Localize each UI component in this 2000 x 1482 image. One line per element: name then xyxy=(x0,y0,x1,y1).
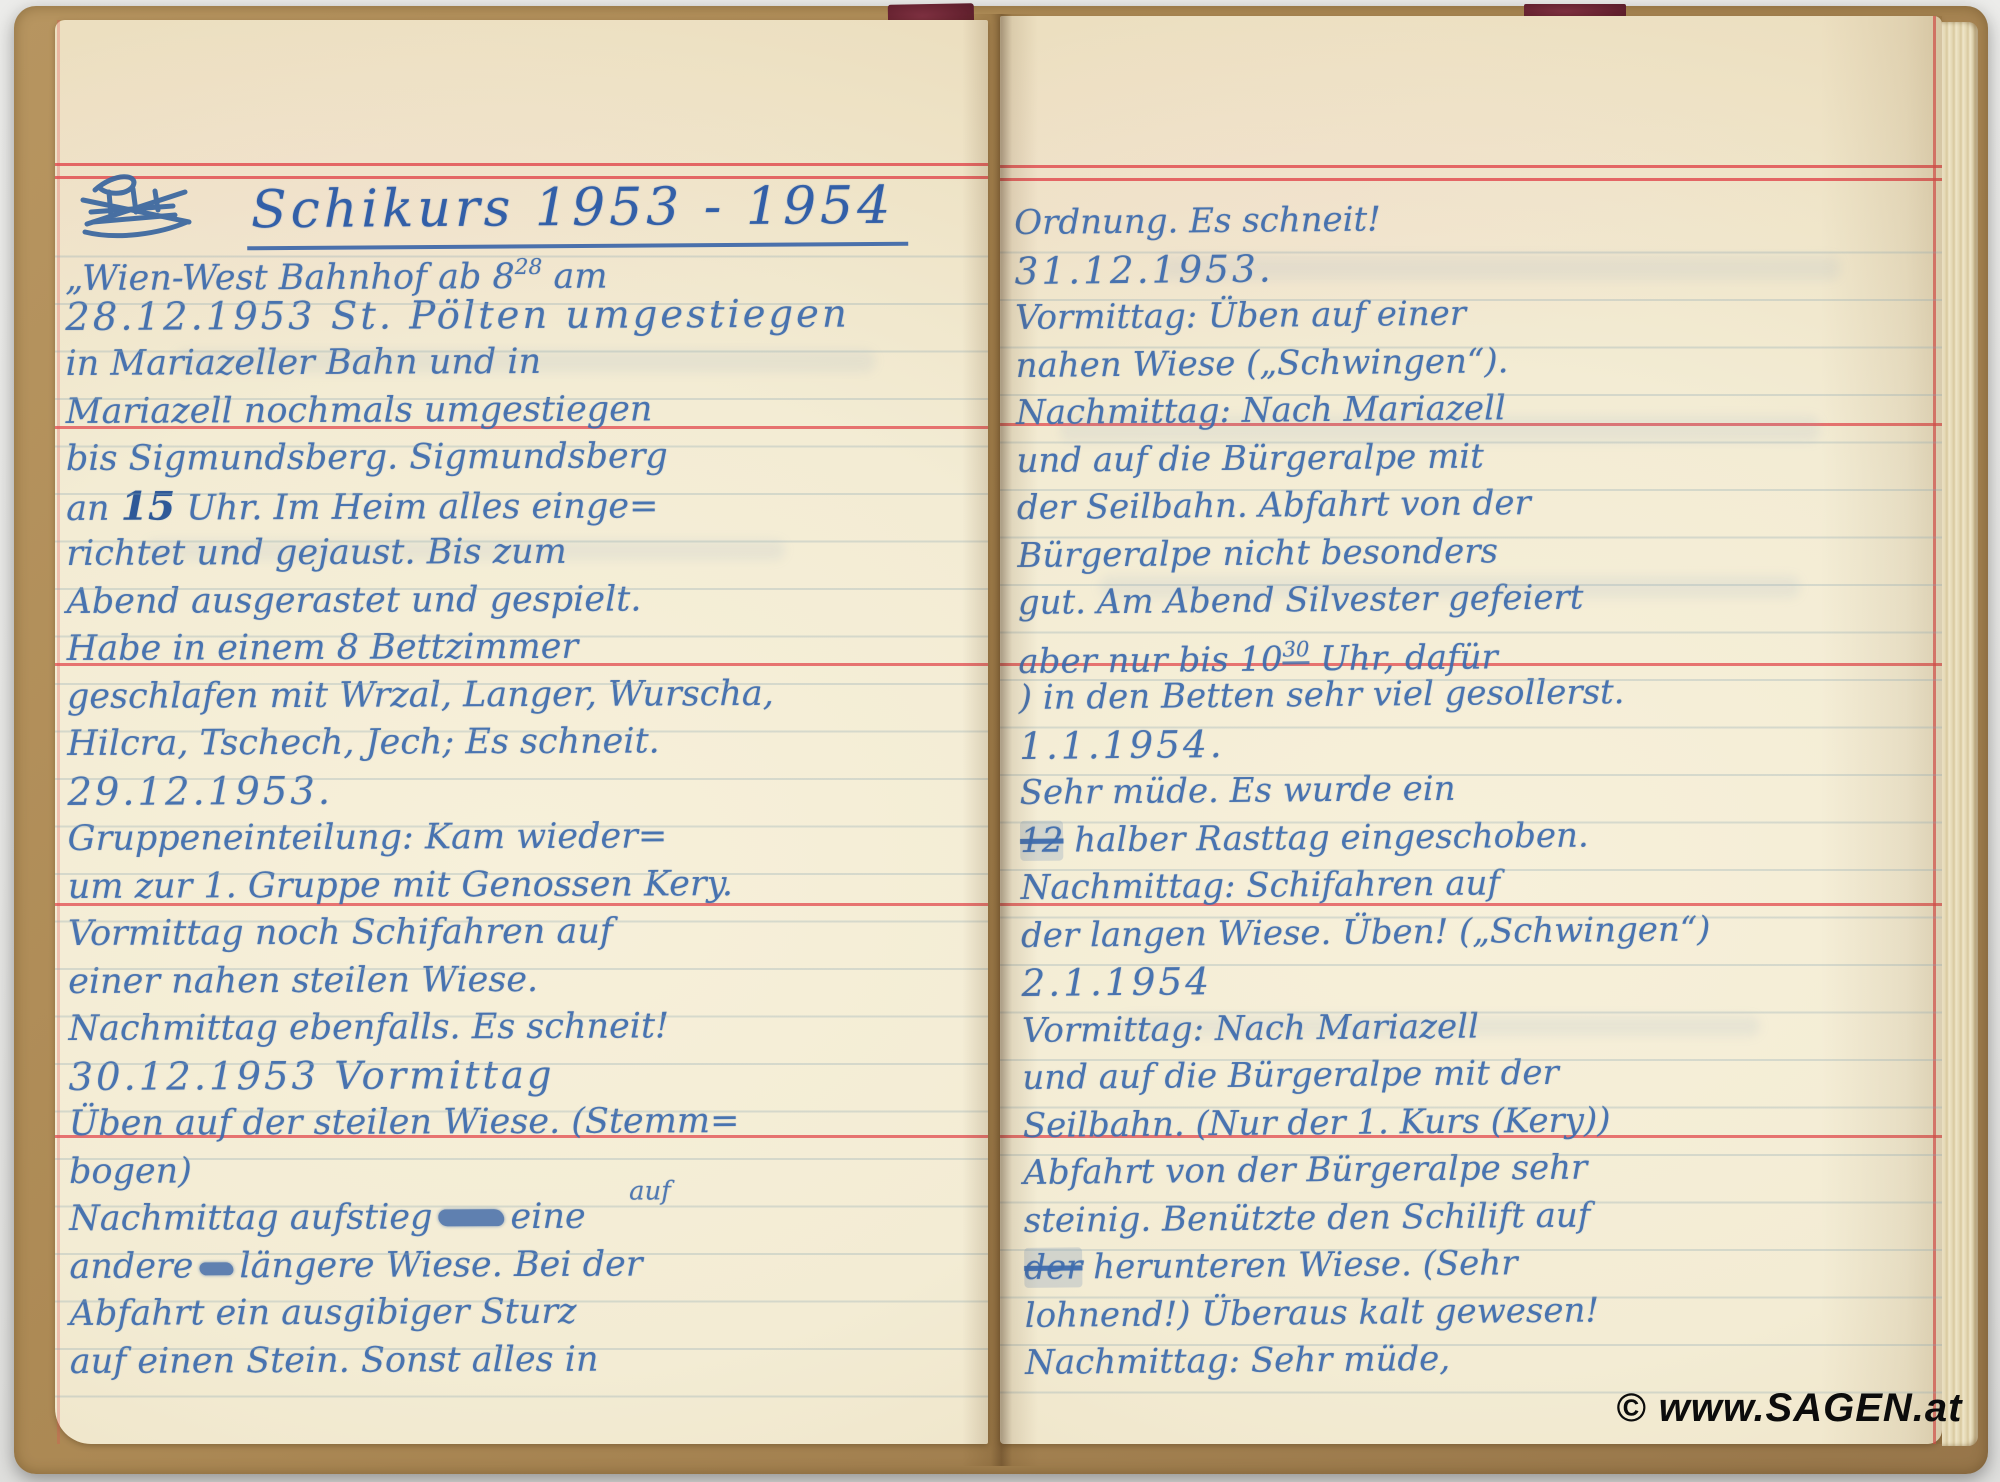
line-text: Uhr. Im Heim alles einge= xyxy=(175,486,658,528)
superscript-time: 30 xyxy=(1282,636,1309,664)
inserted-word: auf xyxy=(629,1168,671,1216)
diary-line: auf einen Stein. Sonst alles in xyxy=(70,1334,988,1386)
diary-line: 29.12.1953. xyxy=(67,764,985,816)
red-rule xyxy=(1000,165,1942,168)
diary-line: Abfahrt ein ausgibiger Sturz xyxy=(70,1287,988,1339)
diary-line: Nachmittag aufstiegaufeine xyxy=(69,1192,987,1244)
diary-line: an 15 Uhr. Im Heim alles einge= xyxy=(66,479,984,531)
line-text: herunteren Wiese. (Sehr xyxy=(1082,1243,1517,1287)
diary-line: anderelängere Wiese. Bei der xyxy=(69,1239,987,1291)
page-edge-stack xyxy=(1942,22,1978,1446)
ink-blot xyxy=(199,1262,233,1275)
struck-word: 12 xyxy=(1020,820,1064,860)
right-page-text: Ordnung. Es schneit! 31.12.1953. Vormitt… xyxy=(1014,191,1947,1387)
line-text: eine xyxy=(510,1197,585,1237)
scanned-diary-scene: Schikurs 1953 - 1954 „Wien-West Bahnhof … xyxy=(0,0,2000,1482)
diary-line: in Mariazeller Bahn und in xyxy=(65,337,983,389)
notebook: Schikurs 1953 - 1954 „Wien-West Bahnhof … xyxy=(14,6,1988,1474)
left-page: Schikurs 1953 - 1954 „Wien-West Bahnhof … xyxy=(55,20,988,1444)
line-text: längere Wiese. Bei der xyxy=(239,1244,642,1286)
title-row: Schikurs 1953 - 1954 xyxy=(77,168,908,248)
diary-line: Gruppeneinteilung: Kam wieder= xyxy=(67,812,985,864)
watermark: © www.SAGEN.at xyxy=(1616,1386,1962,1431)
diary-line: richtet und gejaust. Bis zum xyxy=(66,527,984,579)
emphasized-number: 15 xyxy=(121,483,176,529)
red-rule xyxy=(55,163,988,166)
ink-blot xyxy=(438,1209,504,1226)
diary-line: Habe in einem 8 Bettzimmer xyxy=(67,622,985,674)
diary-line: 28.12.1953 St. Pölten umgestiegen xyxy=(65,289,983,341)
diary-line: Mariazell nochmals umgestiegen xyxy=(66,384,984,436)
line-text: halber Rasttag eingeschoben. xyxy=(1063,815,1589,860)
red-margin-rule xyxy=(57,20,60,1444)
diary-line: bogen) xyxy=(69,1144,987,1196)
line-text: an xyxy=(66,488,121,528)
diary-line: einer nahen steilen Wiese. xyxy=(68,954,986,1006)
line-text: andere xyxy=(69,1246,193,1287)
diary-line: 30.12.1953 Vormittag xyxy=(69,1049,987,1101)
line-text: Nachmittag aufstieg xyxy=(69,1197,432,1239)
diary-line: „Wien-West Bahnhof ab 828 am xyxy=(65,242,983,294)
diary-line: Abend ausgerastet und gespielt. xyxy=(66,574,984,626)
diary-line: Nachmittag ebenfalls. Es schneit! xyxy=(68,1002,986,1054)
diary-line: Üben auf der steilen Wiese. (Stemm= xyxy=(69,1097,987,1149)
left-page-text: „Wien-West Bahnhof ab 828 am 28.12.1953 … xyxy=(65,242,988,1386)
diary-line: Vormittag noch Schifahren auf xyxy=(68,907,986,959)
red-rule xyxy=(1000,178,1942,181)
superscript-time: 28 xyxy=(515,255,543,280)
diary-title: Schikurs 1953 - 1954 xyxy=(247,176,909,251)
diary-line: Nachmittag: Sehr müde, xyxy=(1025,1331,1947,1387)
scribbled-sled-sketch-icon xyxy=(77,168,227,248)
diary-line: um zur 1. Gruppe mit Genossen Kery. xyxy=(68,859,986,911)
diary-line: geschlafen mit Wrzal, Langer, Wurscha, xyxy=(67,669,985,721)
right-page: Ordnung. Es schneit! 31.12.1953. Vormitt… xyxy=(1000,16,1942,1444)
struck-word: der xyxy=(1024,1247,1083,1288)
diary-line: bis Sigmundsberg. Sigmundsberg xyxy=(66,432,984,484)
diary-line: Hilcra, Tschech, Jech; Es schneit. xyxy=(67,717,985,769)
